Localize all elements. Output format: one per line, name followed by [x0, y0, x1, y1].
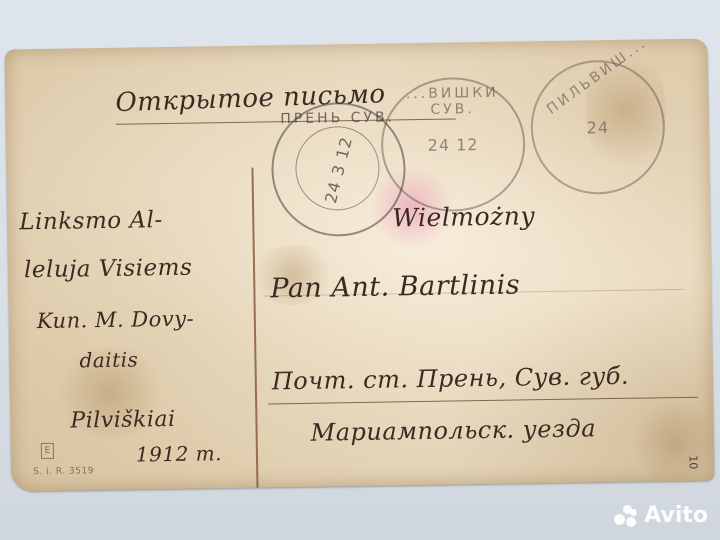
- address-line: Pan Ant. Bartlinis: [270, 269, 520, 304]
- postmark-pilviskiai-1: ...ВИШКИ СУВ. 24 12: [380, 76, 526, 212]
- postmark-text: ...ВИШКИ СУВ.: [382, 84, 522, 118]
- postmark-date: 24: [587, 118, 610, 137]
- avito-dots-icon: [614, 505, 640, 527]
- message-line: 1912 m.: [136, 441, 222, 466]
- message-line: leluja Visiems: [24, 255, 193, 284]
- postmark-text: ПИЛЬВИШ...: [540, 32, 655, 121]
- address-line: Wielmożny: [392, 201, 535, 232]
- watermark-label: Avito: [644, 503, 708, 528]
- publisher-mark: S. i. R. 3519: [33, 466, 94, 477]
- divider-line: [251, 168, 258, 488]
- stain: [630, 398, 720, 489]
- postmark-date: 24 12: [428, 135, 479, 155]
- address-line: Почт. ст. Прень, Сув. губ.: [272, 362, 630, 396]
- address-line: Мариампольск. уезда: [310, 414, 596, 446]
- message-line: Pilviškiai: [70, 407, 176, 434]
- publisher-logo: E: [41, 443, 54, 459]
- message-line: Linksmo Al-: [19, 207, 163, 235]
- postcard: Открытое письмо ПРЕНЬ СУВ. 24 3 12 ...ВИ…: [5, 39, 715, 492]
- postmark-pilviskiai-2: ПИЛЬВИШ... 24: [530, 59, 666, 195]
- corner-number: 10: [687, 455, 700, 469]
- message-line: Kun. M. Dovy-: [37, 307, 195, 333]
- message-line: daitis: [79, 347, 138, 372]
- avito-watermark: Avito: [614, 503, 708, 528]
- address-rule: [268, 397, 698, 405]
